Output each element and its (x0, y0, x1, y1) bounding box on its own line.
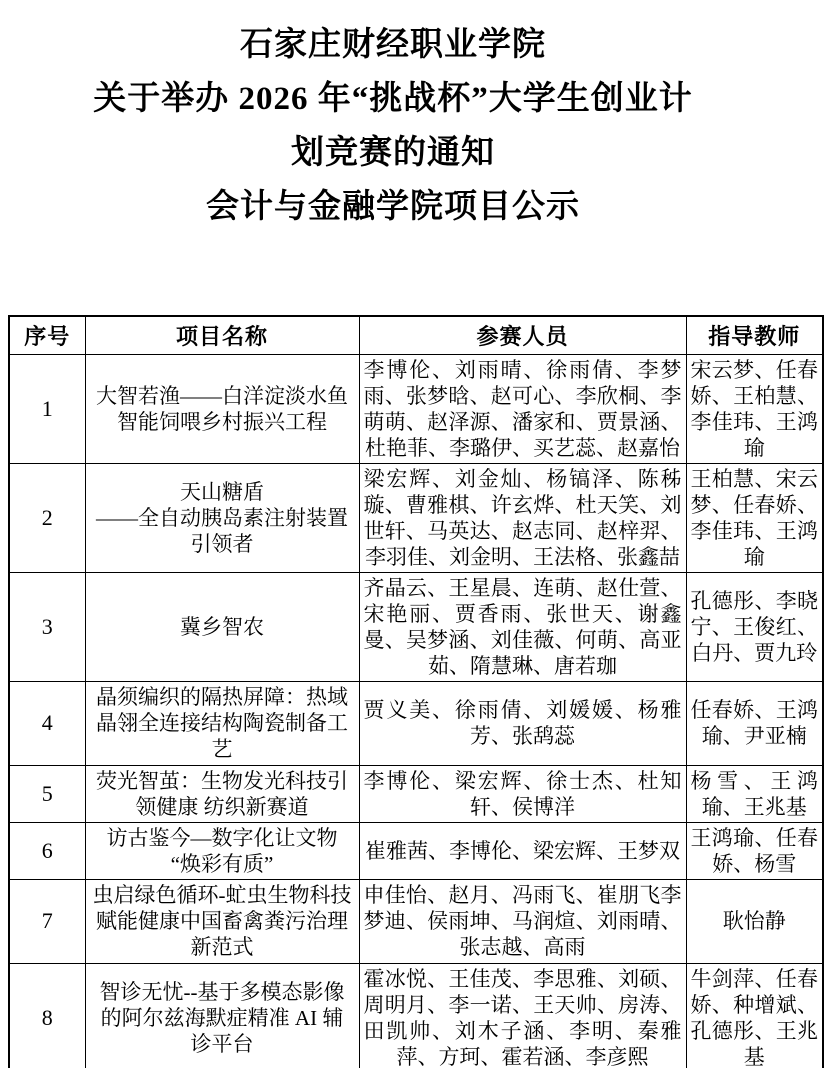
row-serial-number: 2 (9, 463, 85, 572)
table-row: 5 荧光智茧：生物发光科技引领健康 纺织新赛道 李博伦、梁宏辉、徐士杰、杜知轩、… (9, 765, 823, 822)
table-row: 3 冀乡智农 齐晶云、王星晨、连萌、赵仕萱、宋艳丽、贾香雨、张世天、谢鑫曼、吴梦… (9, 572, 823, 681)
row-participants: 李博伦、刘雨晴、徐雨倩、李梦雨、张梦晗、赵可心、李欣桐、李萌萌、赵泽源、潘家和、… (359, 354, 686, 463)
row-participants: 霍冰悦、王佳茂、李思雅、刘硕、周明月、李一诺、王天帅、房涛、田凯帅、刘木子涵、李… (359, 963, 686, 1068)
row-advisors: 任春娇、王鸿瑜、尹亚楠 (686, 681, 823, 765)
row-advisors: 耿怡静 (686, 879, 823, 963)
header-participants: 参赛人员 (359, 316, 686, 354)
header-serial-number: 序号 (9, 316, 85, 354)
row-advisors: 王柏慧、宋云梦、任春娇、李佳玮、王鸿瑜 (686, 463, 823, 572)
row-project-name: 智诊无忧--基于多模态影像的阿尔兹海默症精准 AI 辅诊平台 (85, 963, 359, 1068)
title-line-subtitle: 会计与金融学院项目公示 (0, 180, 786, 234)
title-line-notice-1: 关于举办 2026 年“挑战杯”大学生创业计 (0, 72, 786, 126)
table-row: 4 晶须编织的隔热屏障：热域晶翎全连接结构陶瓷制备工艺 贾义美、徐雨倩、刘媛媛、… (9, 681, 823, 765)
header-project-name: 项目名称 (85, 316, 359, 354)
document-title-block: 石家庄财经职业学院 关于举办 2026 年“挑战杯”大学生创业计 划竞赛的通知 … (0, 18, 786, 234)
row-project-name: 冀乡智农 (85, 572, 359, 681)
row-serial-number: 3 (9, 572, 85, 681)
row-serial-number: 7 (9, 879, 85, 963)
row-participants: 申佳怡、赵月、冯雨飞、崔朋飞李梦迪、侯雨坤、马润煊、刘雨晴、张志越、高雨 (359, 879, 686, 963)
table-row: 8 智诊无忧--基于多模态影像的阿尔兹海默症精准 AI 辅诊平台 霍冰悦、王佳茂… (9, 963, 823, 1068)
header-advisors: 指导教师 (686, 316, 823, 354)
project-publicity-table: 序号 项目名称 参赛人员 指导教师 1 大智若渔——白洋淀淡水鱼智能饲喂乡村振兴… (8, 315, 824, 1068)
row-project-name: 荧光智茧：生物发光科技引领健康 纺织新赛道 (85, 765, 359, 822)
row-serial-number: 6 (9, 822, 85, 879)
row-serial-number: 4 (9, 681, 85, 765)
row-advisors: 孔德彤、李晓宁、王俊红、白丹、贾九玲 (686, 572, 823, 681)
table-row: 1 大智若渔——白洋淀淡水鱼智能饲喂乡村振兴工程 李博伦、刘雨晴、徐雨倩、李梦雨… (9, 354, 823, 463)
row-participants: 崔雅茜、李博伦、梁宏辉、王梦双 (359, 822, 686, 879)
title-line-college: 石家庄财经职业学院 (0, 18, 786, 72)
row-advisors: 宋云梦、任春娇、王柏慧、李佳玮、王鸿瑜 (686, 354, 823, 463)
row-serial-number: 8 (9, 963, 85, 1068)
row-serial-number: 5 (9, 765, 85, 822)
row-advisors: 杨雪、王鸿瑜、王兆基 (686, 765, 823, 822)
row-project-name: 访古鉴今—数字化让文物 “焕彩有质” (85, 822, 359, 879)
row-advisors: 牛剑萍、任春娇、种增斌、孔德彤、王兆基 (686, 963, 823, 1068)
row-participants: 贾义美、徐雨倩、刘媛媛、杨雅芳、张鸹蕊 (359, 681, 686, 765)
row-project-name: 大智若渔——白洋淀淡水鱼智能饲喂乡村振兴工程 (85, 354, 359, 463)
table-row: 2 天山糖盾 ——全自动胰岛素注射装置 引领者 梁宏辉、刘金灿、杨镐泽、陈秭璇、… (9, 463, 823, 572)
row-project-name: 天山糖盾 ——全自动胰岛素注射装置 引领者 (85, 463, 359, 572)
row-participants: 齐晶云、王星晨、连萌、赵仕萱、宋艳丽、贾香雨、张世天、谢鑫曼、吴梦涵、刘佳薇、何… (359, 572, 686, 681)
row-participants: 李博伦、梁宏辉、徐士杰、杜知轩、侯博洋 (359, 765, 686, 822)
table-row: 6 访古鉴今—数字化让文物 “焕彩有质” 崔雅茜、李博伦、梁宏辉、王梦双 王鸿瑜… (9, 822, 823, 879)
row-serial-number: 1 (9, 354, 85, 463)
row-participants: 梁宏辉、刘金灿、杨镐泽、陈秭璇、曹雅棋、许玄烨、杜天笑、刘世轩、马英达、赵志同、… (359, 463, 686, 572)
row-advisors: 王鸿瑜、任春娇、杨雪 (686, 822, 823, 879)
table-header-row: 序号 项目名称 参赛人员 指导教师 (9, 316, 823, 354)
row-project-name: 晶须编织的隔热屏障：热域晶翎全连接结构陶瓷制备工艺 (85, 681, 359, 765)
title-line-notice-2: 划竞赛的通知 (0, 126, 786, 180)
row-project-name: 虫启绿色循环-虻虫生物科技赋能健康中国畜禽粪污治理新范式 (85, 879, 359, 963)
table-row: 7 虫启绿色循环-虻虫生物科技赋能健康中国畜禽粪污治理新范式 申佳怡、赵月、冯雨… (9, 879, 823, 963)
